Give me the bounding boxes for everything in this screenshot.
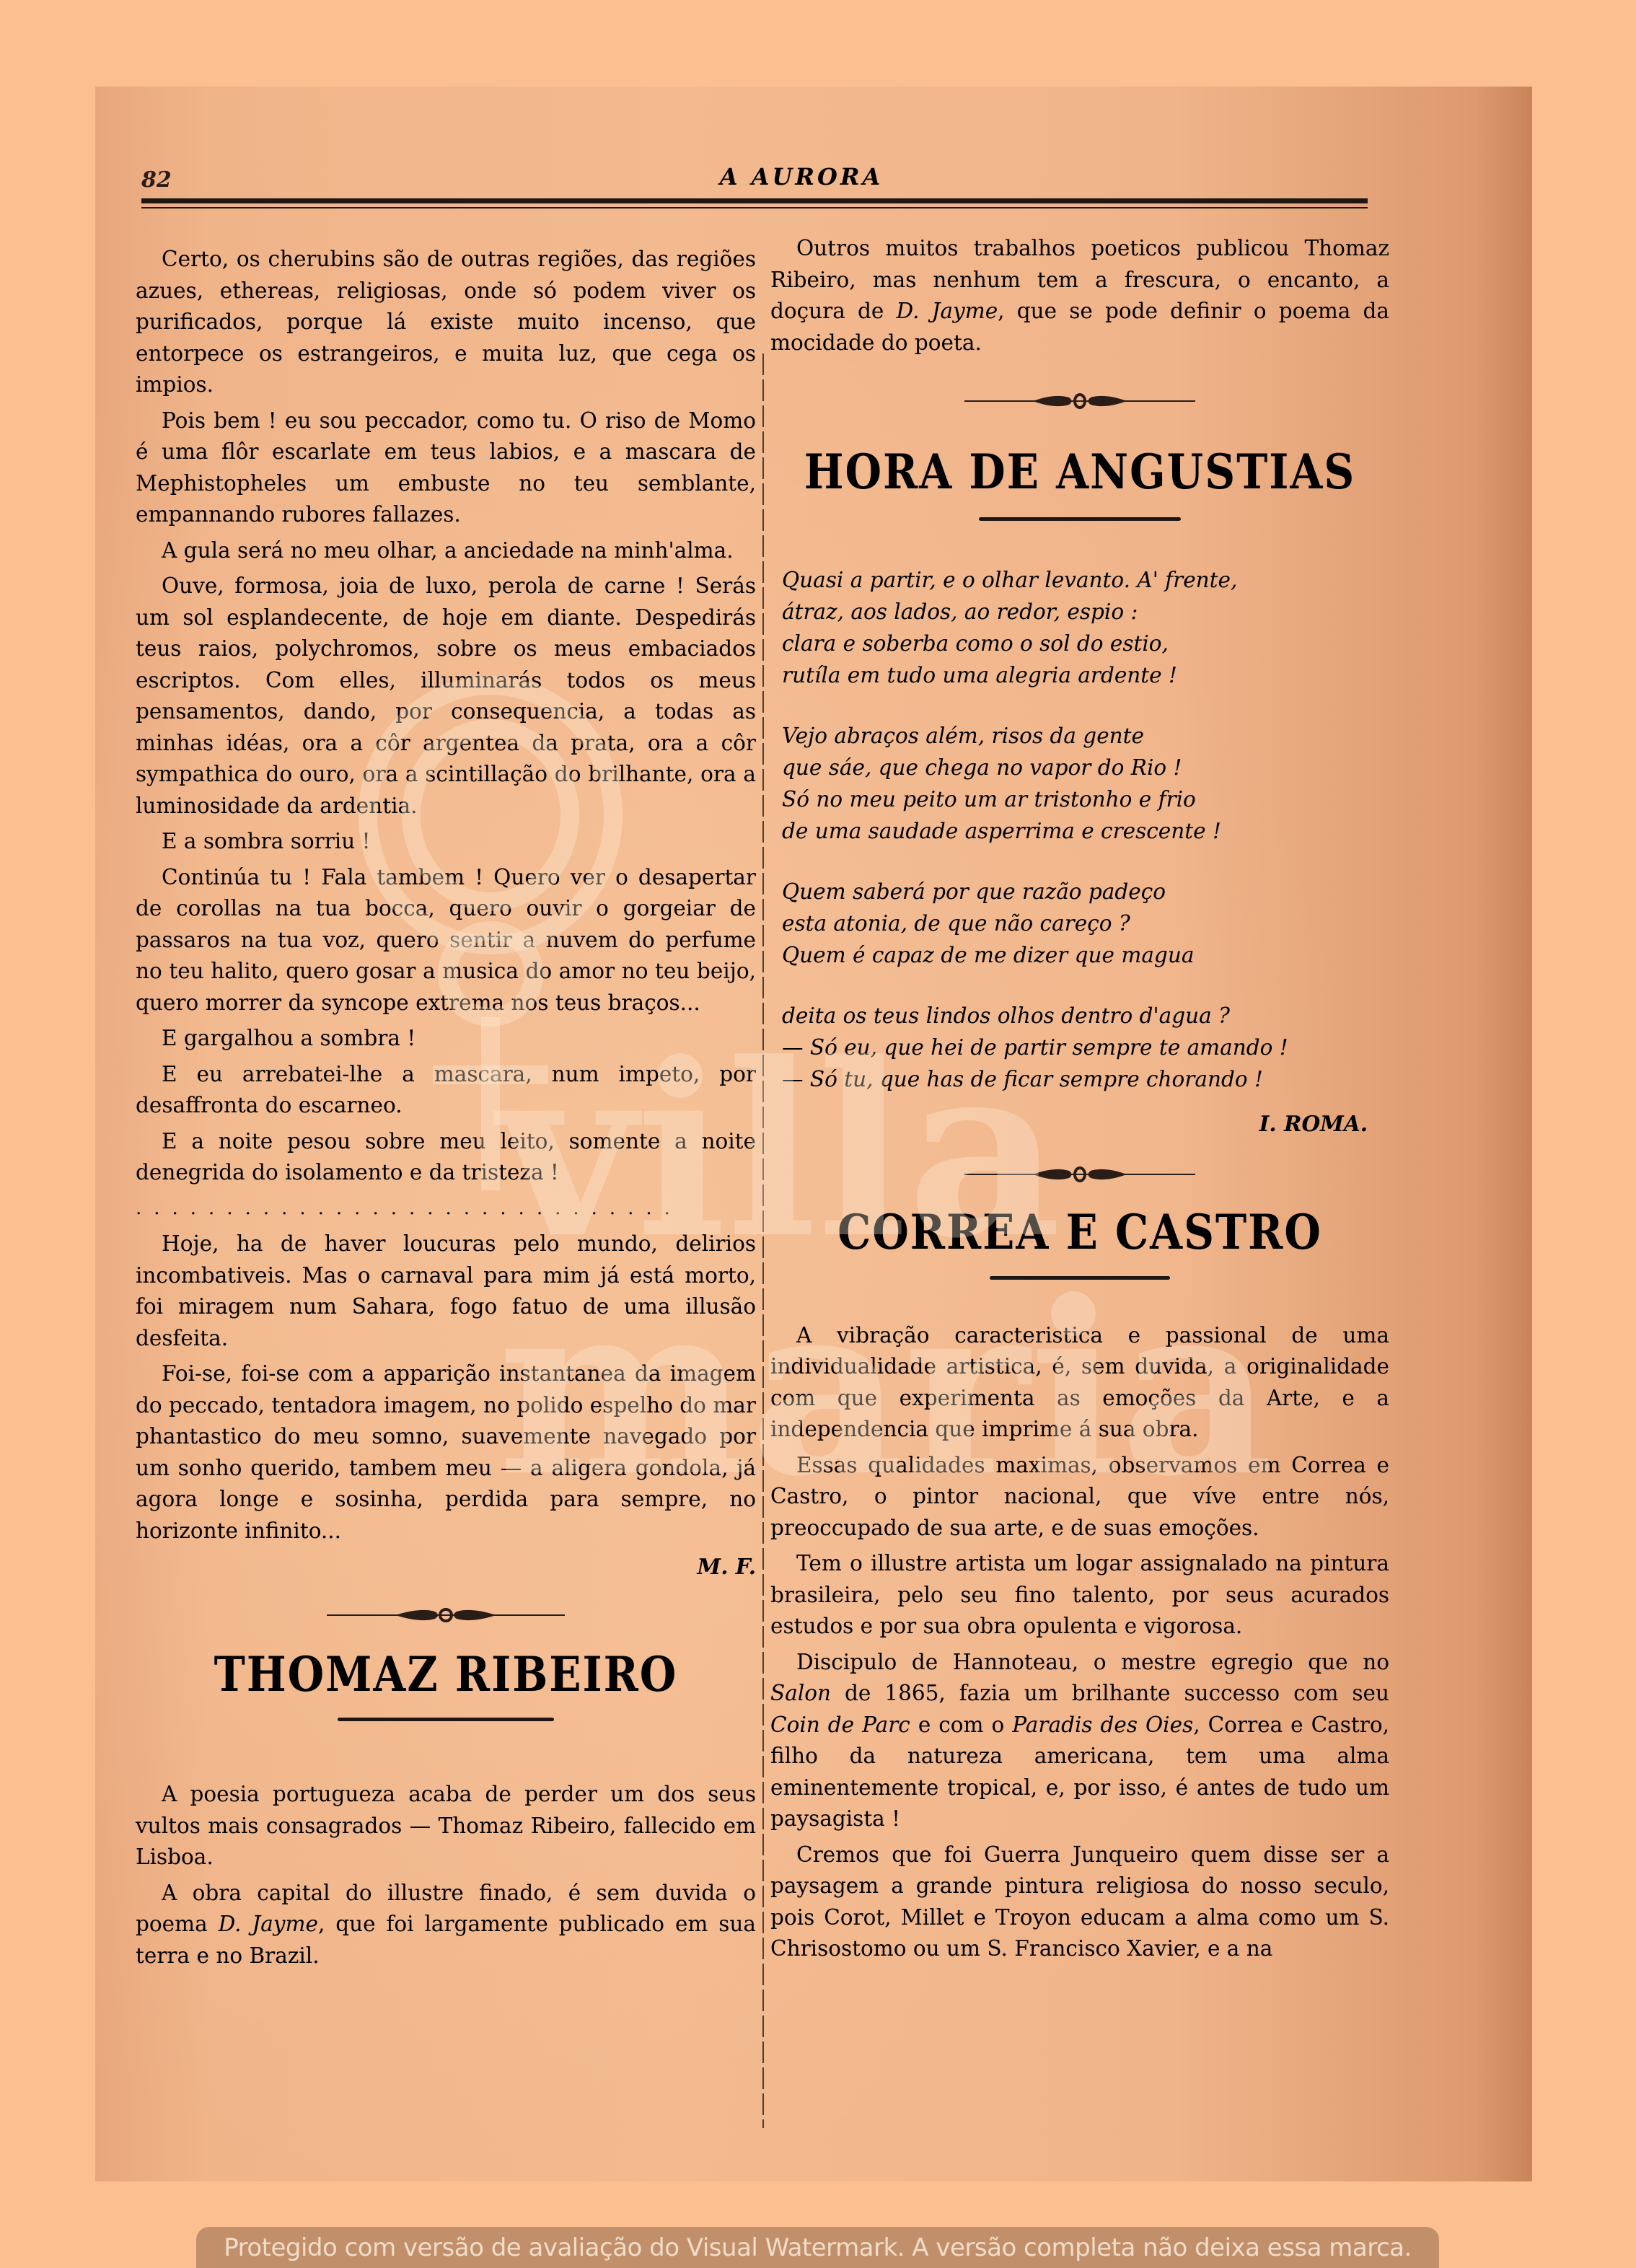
poem-body: Quasi a partir, e o olhar levanto. A' fr… bbox=[770, 564, 1389, 1095]
dotted-separator: .............................. bbox=[136, 1193, 756, 1225]
poem-stanza: Vejo abraços além, risos da gente que sá… bbox=[782, 720, 1389, 847]
article-thomaz-ribeiro: THOMAZ RIBEIRO A poesia portugueza acaba… bbox=[136, 1659, 756, 1972]
page-header: 82 A AURORA bbox=[141, 167, 1461, 211]
article-carnaval: Certo, os cherubins são de outras regiõe… bbox=[136, 244, 756, 1583]
column-divider bbox=[762, 353, 764, 2128]
poem-line: que sáe, que chega no vapor do Rio ! bbox=[782, 752, 1389, 783]
work-title: Coin de Parc bbox=[770, 1713, 910, 1737]
poem-line: — Só tu, que has de ficar sempre chorand… bbox=[782, 1063, 1389, 1095]
ornament-divider-icon bbox=[327, 1604, 565, 1626]
poem-author-signature: I. ROMA. bbox=[770, 1108, 1368, 1140]
paragraph: Hoje, ha de haver loucuras pelo mundo, d… bbox=[136, 1228, 756, 1354]
poem-line: Quasi a partir, e o olhar levanto. A' fr… bbox=[782, 564, 1389, 596]
poem-title: HORA DE ANGUSTIAS bbox=[770, 454, 1389, 491]
ornament-divider-icon bbox=[964, 1164, 1195, 1185]
paragraph: A obra capital do illustre finado, é sem… bbox=[136, 1878, 756, 1972]
work-title: D. Jayme bbox=[897, 299, 998, 323]
paragraph: Certo, os cherubins são de outras regiõe… bbox=[136, 244, 756, 401]
poem-stanza: deita os teus lindos olhos dentro d'agua… bbox=[782, 1000, 1389, 1095]
article-title: THOMAZ RIBEIRO bbox=[136, 1656, 756, 1692]
header-rule bbox=[141, 198, 1368, 203]
title-underline bbox=[990, 1276, 1170, 1280]
article-title: CORREA E CASTRO bbox=[770, 1215, 1389, 1251]
article-correa-e-castro: CORREA E CASTRO A vibração caracteristic… bbox=[770, 1217, 1389, 1965]
poem-line: Vejo abraços além, risos da gente bbox=[782, 720, 1389, 752]
paragraph: Discipulo de Hannoteau, o mestre egregio… bbox=[770, 1647, 1389, 1835]
work-title: D. Jayme bbox=[219, 1912, 318, 1936]
poem-line: átraz, aos lados, ao redor, espio : bbox=[782, 596, 1389, 628]
paragraph: E a sombra sorriu ! bbox=[136, 826, 756, 858]
paragraph: A vibração caracteristica e passional de… bbox=[770, 1320, 1389, 1446]
paragraph: E gargalhou a sombra ! bbox=[136, 1023, 756, 1055]
paragraph: Cremos que foi Guerra Junqueiro quem dis… bbox=[770, 1840, 1389, 1965]
paragraph: E eu arrebatei-lhe a mascara, num impeto… bbox=[136, 1059, 756, 1122]
poem-line: Só no meu peito um ar tristonho e frio bbox=[782, 783, 1389, 815]
paragraph: Pois bem ! eu sou peccador, como tu. O r… bbox=[136, 405, 756, 531]
paragraph: Essas qualidades maximas, observamos em … bbox=[770, 1450, 1389, 1544]
poem-stanza: Quasi a partir, e o olhar levanto. A' fr… bbox=[782, 564, 1389, 691]
paragraph: Foi-se, foi-se com a apparição instantan… bbox=[136, 1358, 756, 1547]
poem-line: — Só eu, que hei de partir sempre te ama… bbox=[782, 1032, 1389, 1063]
poem-line: Quem é capaz de me dizer que magua bbox=[782, 939, 1389, 971]
paragraph: Tem o illustre artista um logar assignal… bbox=[770, 1548, 1389, 1643]
poem-line: rutíla em tudo uma alegria ardente ! bbox=[782, 659, 1389, 691]
paragraph: A gula será no meu olhar, a anciedade na… bbox=[136, 535, 756, 567]
right-column: Outros muitos trabalhos poeticos publico… bbox=[770, 233, 1389, 1969]
poem-line: de uma saudade asperrima e crescente ! bbox=[782, 815, 1389, 847]
title-underline bbox=[979, 517, 1181, 521]
ornament-divider-icon bbox=[964, 390, 1195, 412]
header-rule-thin bbox=[141, 207, 1368, 208]
poem-stanza: Quem saberá por que razão padeço esta at… bbox=[782, 876, 1389, 971]
paragraph: Outros muitos trabalhos poeticos publico… bbox=[770, 233, 1389, 359]
poem-line: esta atonia, de que não careço ? bbox=[782, 907, 1389, 939]
left-column: Certo, os cherubins são de outras regiõe… bbox=[136, 244, 756, 1976]
poem-hora-de-angustias: HORA DE ANGUSTIAS Quasi a partir, e o ol… bbox=[770, 457, 1389, 1139]
poem-line: clara e soberba como o sol do estio, bbox=[782, 628, 1389, 659]
paragraph: Ouve, formosa, joia de luxo, perola de c… bbox=[136, 571, 756, 822]
paragraph: A poesia portugueza acaba de perder um d… bbox=[136, 1779, 756, 1873]
poem-line: deita os teus lindos olhos dentro d'agua… bbox=[782, 1000, 1389, 1032]
work-title: Paradis des Oies bbox=[1012, 1713, 1193, 1737]
paragraph: Continúa tu ! Fala tambem ! Quero ver o … bbox=[136, 862, 756, 1019]
title-underline bbox=[338, 1718, 554, 1721]
paragraph: E a noite pesou sobre meu leito, somente… bbox=[136, 1126, 756, 1189]
author-signature: M. F. bbox=[136, 1551, 756, 1583]
poem-line: Quem saberá por que razão padeço bbox=[782, 876, 1389, 907]
journal-title: A AURORA bbox=[141, 163, 1461, 190]
trial-watermark-banner: Protegido com versão de avaliação do Vis… bbox=[196, 2227, 1439, 2268]
